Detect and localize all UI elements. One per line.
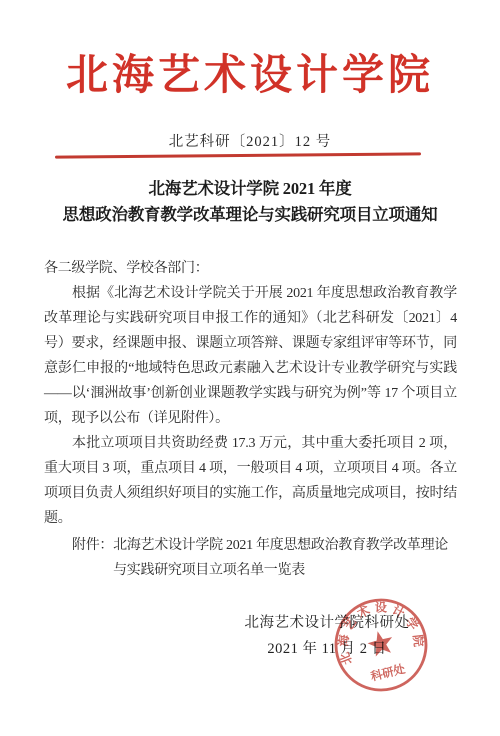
attachment-text: 北海艺术设计学院 2021 年度思想政治教育教学改革理论与实践研究项目立项名单一… [113,533,448,583]
salutation: 各二级学院、学校各部门： [44,256,457,281]
signature-block: 北海艺术设计学院科研处 2021 年 11 月 2 日 [242,610,412,662]
document-page: 北海艺术设计学院 北艺科研〔2021〕12 号 北海艺术设计学院 2021 年度… [0,0,500,736]
attachment-label: 附件： [72,533,113,583]
attachment-note: 附件： 北海艺术设计学院 2021 年度思想政治教育教学改革理论与实践研究项目立… [72,533,448,583]
body-paragraph-2: 本批立项项目共资助经费 17.3 万元，其中重大委托项目 2 项，重大项目 3 … [44,431,457,531]
doc-number: 北艺科研〔2021〕12 号 [0,130,500,151]
signature-department: 北海艺术设计学院科研处 [242,610,412,636]
notice-title-line1: 北海艺术设计学院 2021 年度 [20,176,480,202]
notice-body: 各二级学院、学校各部门： 根据《北海艺术设计学院关于开展 2021 年度思想政治… [44,256,457,531]
red-divider-line [55,152,421,158]
notice-title: 北海艺术设计学院 2021 年度 思想政治教育教学改革理论与实践研究项目立项通知 [20,176,480,228]
letterhead-org-name: 北海艺术设计学院 [0,52,500,100]
body-paragraph-1: 根据《北海艺术设计学院关于开展 2021 年度思想政治教育教学改革理论与实践研究… [44,281,457,431]
notice-title-line2: 思想政治教育教学改革理论与实践研究项目立项通知 [20,202,480,228]
signature-date: 2021 年 11 月 2 日 [242,636,412,662]
seal-bottom-text: 科研处 [368,662,407,684]
